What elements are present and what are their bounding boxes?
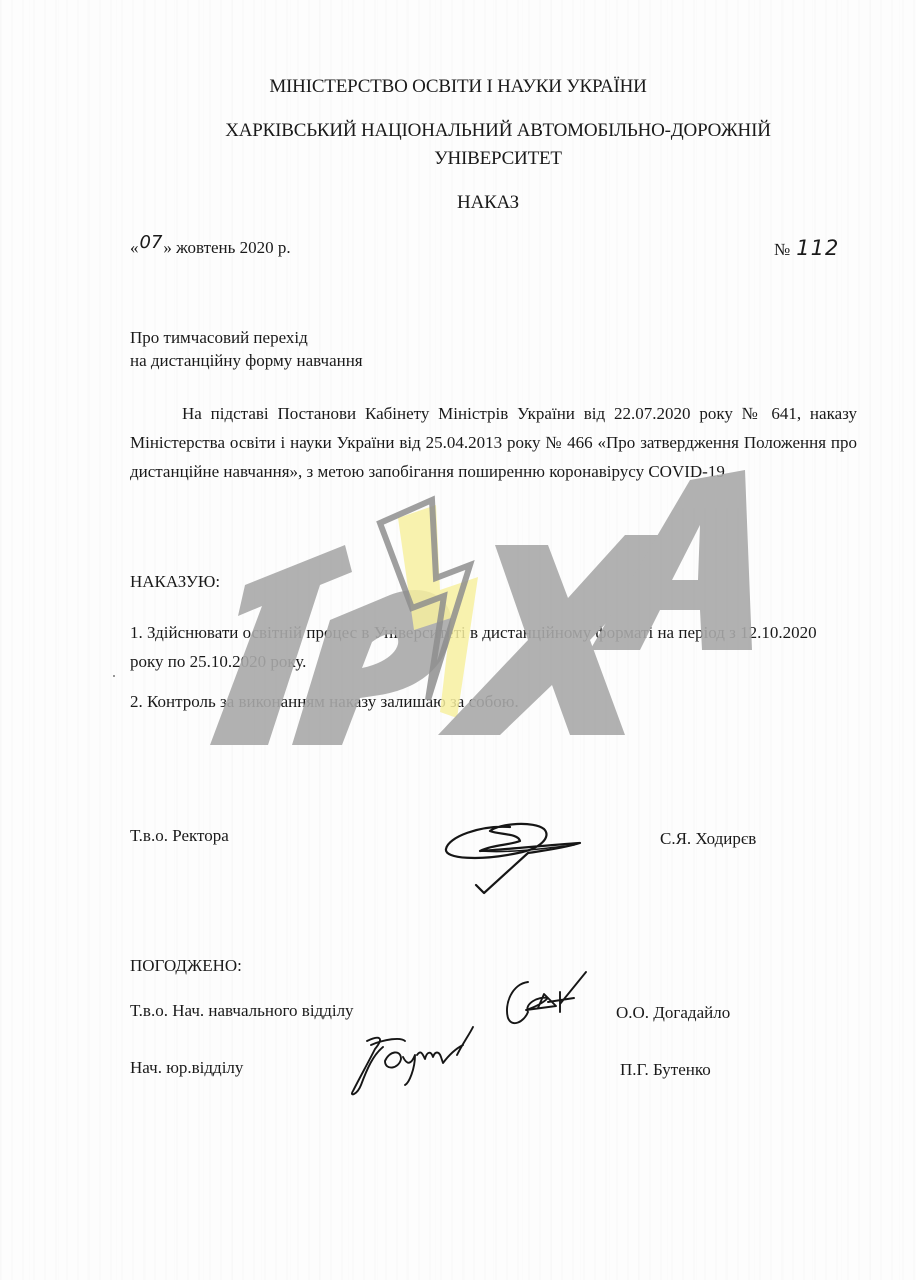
rector-signature-icon xyxy=(440,815,600,900)
order-date: «07» жовтень 2020 р. xyxy=(130,237,291,258)
legal-dept-role: Нач. юр.відділу xyxy=(130,1058,243,1078)
preamble-paragraph: На підставі Постанови Кабінету Міністрів… xyxy=(130,399,857,486)
document-page: МІНІСТЕРСТВО ОСВІТИ І НАУКИ УКРАЇНИ ХАРК… xyxy=(0,0,916,1280)
decree-word: НАКАЗУЮ: xyxy=(130,572,220,592)
legal-dept-name: П.Г. Бутенко xyxy=(620,1060,711,1080)
ministry-heading: МІНІСТЕРСТВО ОСВІТИ І НАУКИ УКРАЇНИ xyxy=(0,76,916,98)
date-close-quote: » xyxy=(163,238,172,257)
university-heading-line-1: ХАРКІВСЬКИЙ НАЦІОНАЛЬНИЙ АВТОМОБІЛЬНО-ДО… xyxy=(40,120,916,142)
approval-label: ПОГОДЖЕНО: xyxy=(130,956,242,976)
order-subject: Про тимчасовий перехід на дистанційну фо… xyxy=(130,326,363,372)
education-dept-role: Т.в.о. Нач. навчального відділу xyxy=(130,1001,354,1021)
date-day-handwritten: 07 xyxy=(140,232,163,253)
rector-name: С.Я. Ходирєв xyxy=(660,829,756,849)
rector-role: Т.в.о. Ректора xyxy=(130,826,229,846)
lightning-bolt-icon xyxy=(380,500,478,718)
order-item-2: 2. Контроль за виконанням наказу залишаю… xyxy=(130,692,519,712)
university-heading-line-2: УНІВЕРСИТЕТ xyxy=(40,148,916,170)
subject-line-1: Про тимчасовий перехід xyxy=(130,326,363,349)
legal-dept-signature-icon xyxy=(345,1025,515,1105)
date-month-year: жовтень 2020 р. xyxy=(176,238,291,257)
education-dept-name: О.О. Догадайло xyxy=(616,1003,730,1023)
order-number-handwritten: 112 xyxy=(796,236,839,260)
subject-line-2: на дистанційну форму навчання xyxy=(130,349,363,372)
number-sign: № xyxy=(774,240,790,259)
scan-speck xyxy=(113,675,115,677)
date-open-quote: « xyxy=(130,238,139,257)
document-type-heading: НАКАЗ xyxy=(30,192,916,214)
preamble-text: На підставі Постанови Кабінету Міністрів… xyxy=(130,404,857,481)
order-item-1: 1. Здійснювати освітній процес в Універс… xyxy=(130,618,850,676)
order-number: №112 xyxy=(774,236,839,260)
